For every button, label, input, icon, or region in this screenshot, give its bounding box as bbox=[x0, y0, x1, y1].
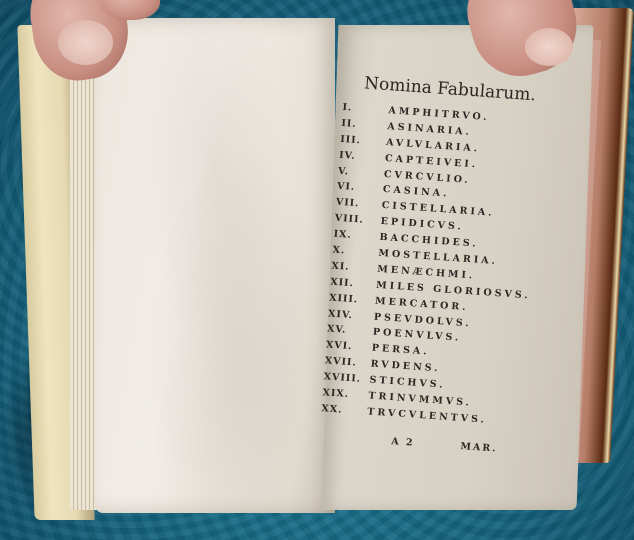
right-thumbnail bbox=[525, 28, 573, 66]
left-page-blank bbox=[95, 18, 335, 513]
play-list: Nomina Fabularum. I.AMPHITRVO.II.ASINARI… bbox=[319, 72, 564, 457]
paper-stains bbox=[95, 18, 335, 513]
left-thumbnail bbox=[58, 20, 113, 65]
signature-mark: A 2 bbox=[391, 436, 415, 449]
roman-numeral: XX. bbox=[321, 401, 368, 420]
